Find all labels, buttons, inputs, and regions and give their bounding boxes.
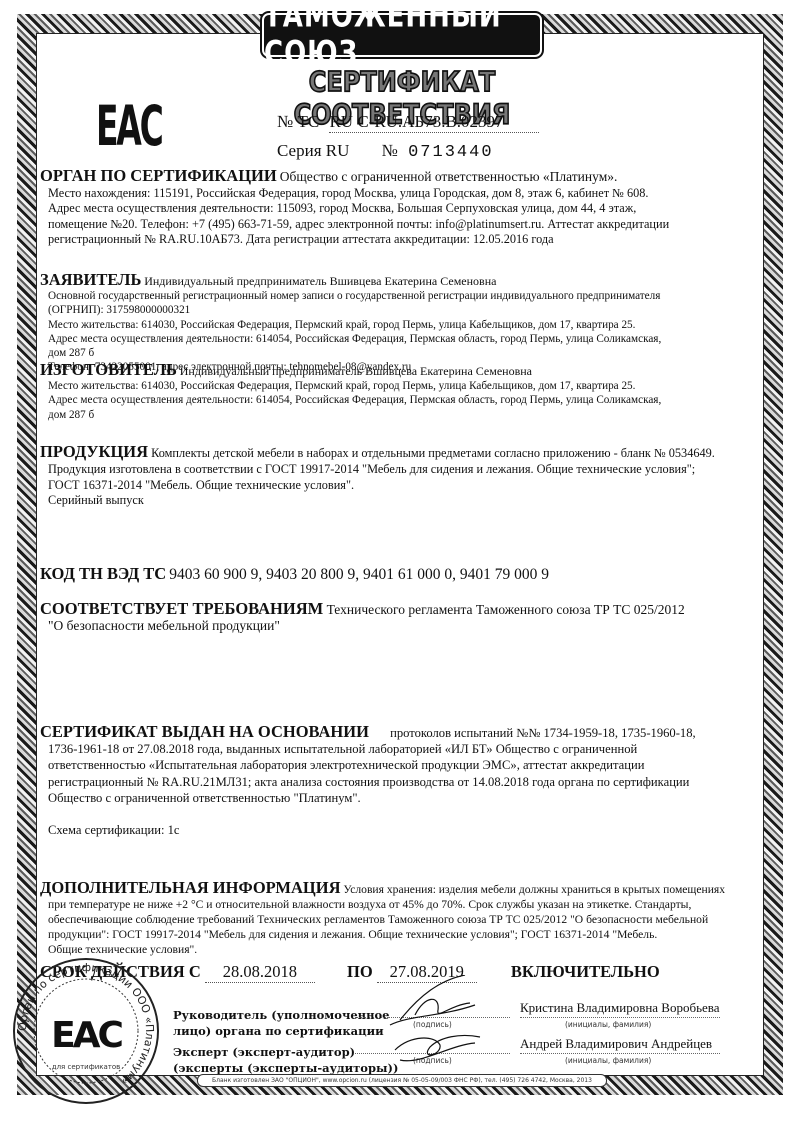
series-line: Серия RU № 0713440: [277, 141, 494, 162]
certificate-number: № ТС RU C-RU.АБ73.В.02397: [277, 112, 539, 133]
additional-info-value: Условия хранения: изделия мебели должны …: [343, 883, 725, 896]
text-line: Основной государственный регистрационный…: [40, 289, 760, 303]
text-line: дом 287 б: [40, 346, 760, 360]
additional-info-heading: ДОПОЛНИТЕЛЬНАЯ ИНФОРМАЦИЯ: [40, 878, 341, 897]
text-line: Адрес места осуществления деятельности: …: [40, 332, 760, 346]
additional-info-section: ДОПОЛНИТЕЛЬНАЯ ИНФОРМАЦИЯ Условия хранен…: [40, 880, 760, 957]
printer-note: Бланк изготовлен ЗАО "ОПЦИОН", www.opcio…: [197, 1074, 607, 1087]
product-heading: ПРОДУКЦИЯ: [40, 442, 148, 461]
text-line: продукции": ГОСТ 19917-2014 "Мебель для …: [40, 927, 760, 942]
text-line: помещение №20. Телефон: +7 (495) 663-71-…: [40, 217, 760, 233]
certification-body-heading: ОРГАН ПО СЕРТИФИКАЦИИ: [40, 166, 277, 185]
expert-name-caption: (инициалы, фамилия): [565, 1056, 651, 1065]
text-line: ГОСТ 16371-2014 "Мебель. Общие техническ…: [40, 478, 760, 494]
text-line: Адрес места осуществления деятельности: …: [40, 393, 760, 407]
customs-union-banner: ТАМОЖЕННЫЙ СОЮЗ: [262, 13, 542, 57]
head-name-caption: (инициалы, фамилия): [565, 1020, 651, 1029]
hs-code-value: 9403 60 900 9, 9403 20 800 9, 9401 61 00…: [169, 566, 549, 583]
expert-name: Андрей Владимирович Андрейцев: [520, 1036, 712, 1052]
applicant-heading: ЗАЯВИТЕЛЬ: [40, 270, 141, 289]
text-line: дом 287 б: [40, 408, 760, 422]
banner-text: ТАМОЖЕННЫЙ СОЮЗ: [264, 0, 540, 73]
head-signature-label: Руководитель (уполномоченное лицо) орган…: [173, 1007, 390, 1039]
head-name-line: [520, 1017, 720, 1018]
certification-stamp: Орган по сертификации ООО «Платинум» EAC…: [10, 955, 162, 1107]
manufacturer-heading: ИЗГОТОВИТЕЛЬ: [40, 360, 177, 379]
manufacturer-name: Индивидуальный предприниматель Вшивцева …: [180, 364, 532, 378]
text-line: обеспечивающие соблюдение требований Тех…: [40, 912, 760, 927]
head-name: Кристина Владимировна Воробьева: [520, 1000, 720, 1016]
expert-name-line: [520, 1053, 720, 1054]
number-value: RU C-RU.АБ73.В.02397: [329, 112, 539, 133]
text-line: при температуре не ниже +2 °С и относите…: [40, 897, 760, 912]
text-line: регистрационный № RA.RU.10АБ73. Дата рег…: [40, 232, 760, 248]
manufacturer-section: ИЗГОТОВИТЕЛЬ Индивидуальный предпринимат…: [40, 363, 760, 422]
eac-logo: EAC: [96, 95, 162, 159]
text-line: "О безопасности мебельной продукции": [40, 618, 760, 634]
certification-scheme: Схема сертификации: 1с: [40, 822, 760, 838]
text-line: ответственностью «Испытательная лаборато…: [40, 757, 760, 773]
series-number-label: №: [382, 141, 398, 160]
text-line: Продукция изготовлена в соответствии с Г…: [40, 462, 760, 478]
stamp-eac-mark: EAC: [51, 1015, 122, 1056]
conformity-heading: СООТВЕТСТВУЕТ ТРЕБОВАНИЯМ: [40, 599, 323, 618]
head-label-line-1: Руководитель (уполномоченное: [173, 1007, 390, 1023]
handwritten-signatures: [380, 975, 490, 1075]
number-label: № ТС: [277, 112, 319, 131]
text-line: Место жительства: 614030, Российская Фед…: [40, 379, 760, 393]
expert-label-line-1: Эксперт (эксперт-аудитор): [173, 1044, 398, 1060]
stamp-inner-text: для сертификатов: [52, 1063, 121, 1071]
basis-value: протоколов испытаний №№ 1734-1959-18, 17…: [390, 726, 696, 740]
text-line: Адрес места осуществления деятельности: …: [40, 201, 760, 217]
hs-code-section: КОД ТН ВЭД ТС 9403 60 900 9, 9403 20 800…: [40, 566, 760, 584]
text-line: (ОГРНИП): 317598000000321: [40, 303, 760, 317]
conformity-section: СООТВЕТСТВУЕТ ТРЕБОВАНИЯМ Технического р…: [40, 601, 760, 633]
text-line: Общество с ограниченной ответственностью…: [40, 790, 760, 806]
basis-section: СЕРТИФИКАТ ВЫДАН НА ОСНОВАНИИ протоколов…: [40, 724, 760, 838]
validity-from-date: 28.08.2018: [205, 962, 315, 983]
expert-signature-label: Эксперт (эксперт-аудитор) (эксперты (экс…: [173, 1044, 398, 1076]
text-line: Серийный выпуск: [40, 493, 760, 509]
head-label-line-2: лицо) органа по сертификации: [173, 1023, 390, 1039]
series-number-value: 0713440: [408, 143, 493, 162]
conformity-value: Технического регламента Таможенного союз…: [327, 602, 685, 617]
product-section: ПРОДУКЦИЯ Комплекты детской мебели в наб…: [40, 444, 760, 509]
series-label: Серия RU: [277, 141, 349, 160]
certification-body-name: Общество с ограниченной ответственностью…: [280, 169, 618, 184]
product-name: Комплекты детской мебели в наборах и отд…: [151, 446, 715, 460]
text-line: 1736-1961-18 от 27.08.2018 года, выданны…: [40, 741, 760, 757]
text-line: Место нахождения: 115191, Российская Фед…: [40, 186, 760, 202]
text-line: регистрационный № RA.RU.21МЛ31; акта ана…: [40, 774, 760, 790]
validity-suffix: ВКЛЮЧИТЕЛЬНО: [511, 962, 660, 981]
text-line: Место жительства: 614030, Российская Фед…: [40, 318, 760, 332]
applicant-name: Индивидуальный предприниматель Вшивцева …: [144, 274, 496, 288]
basis-heading: СЕРТИФИКАТ ВЫДАН НА ОСНОВАНИИ: [40, 722, 369, 741]
certification-body-section: ОРГАН ПО СЕРТИФИКАЦИИ Общество с огранич…: [40, 168, 760, 248]
validity-to-label: ПО: [347, 962, 373, 981]
hs-code-heading: КОД ТН ВЭД ТС: [40, 564, 166, 583]
